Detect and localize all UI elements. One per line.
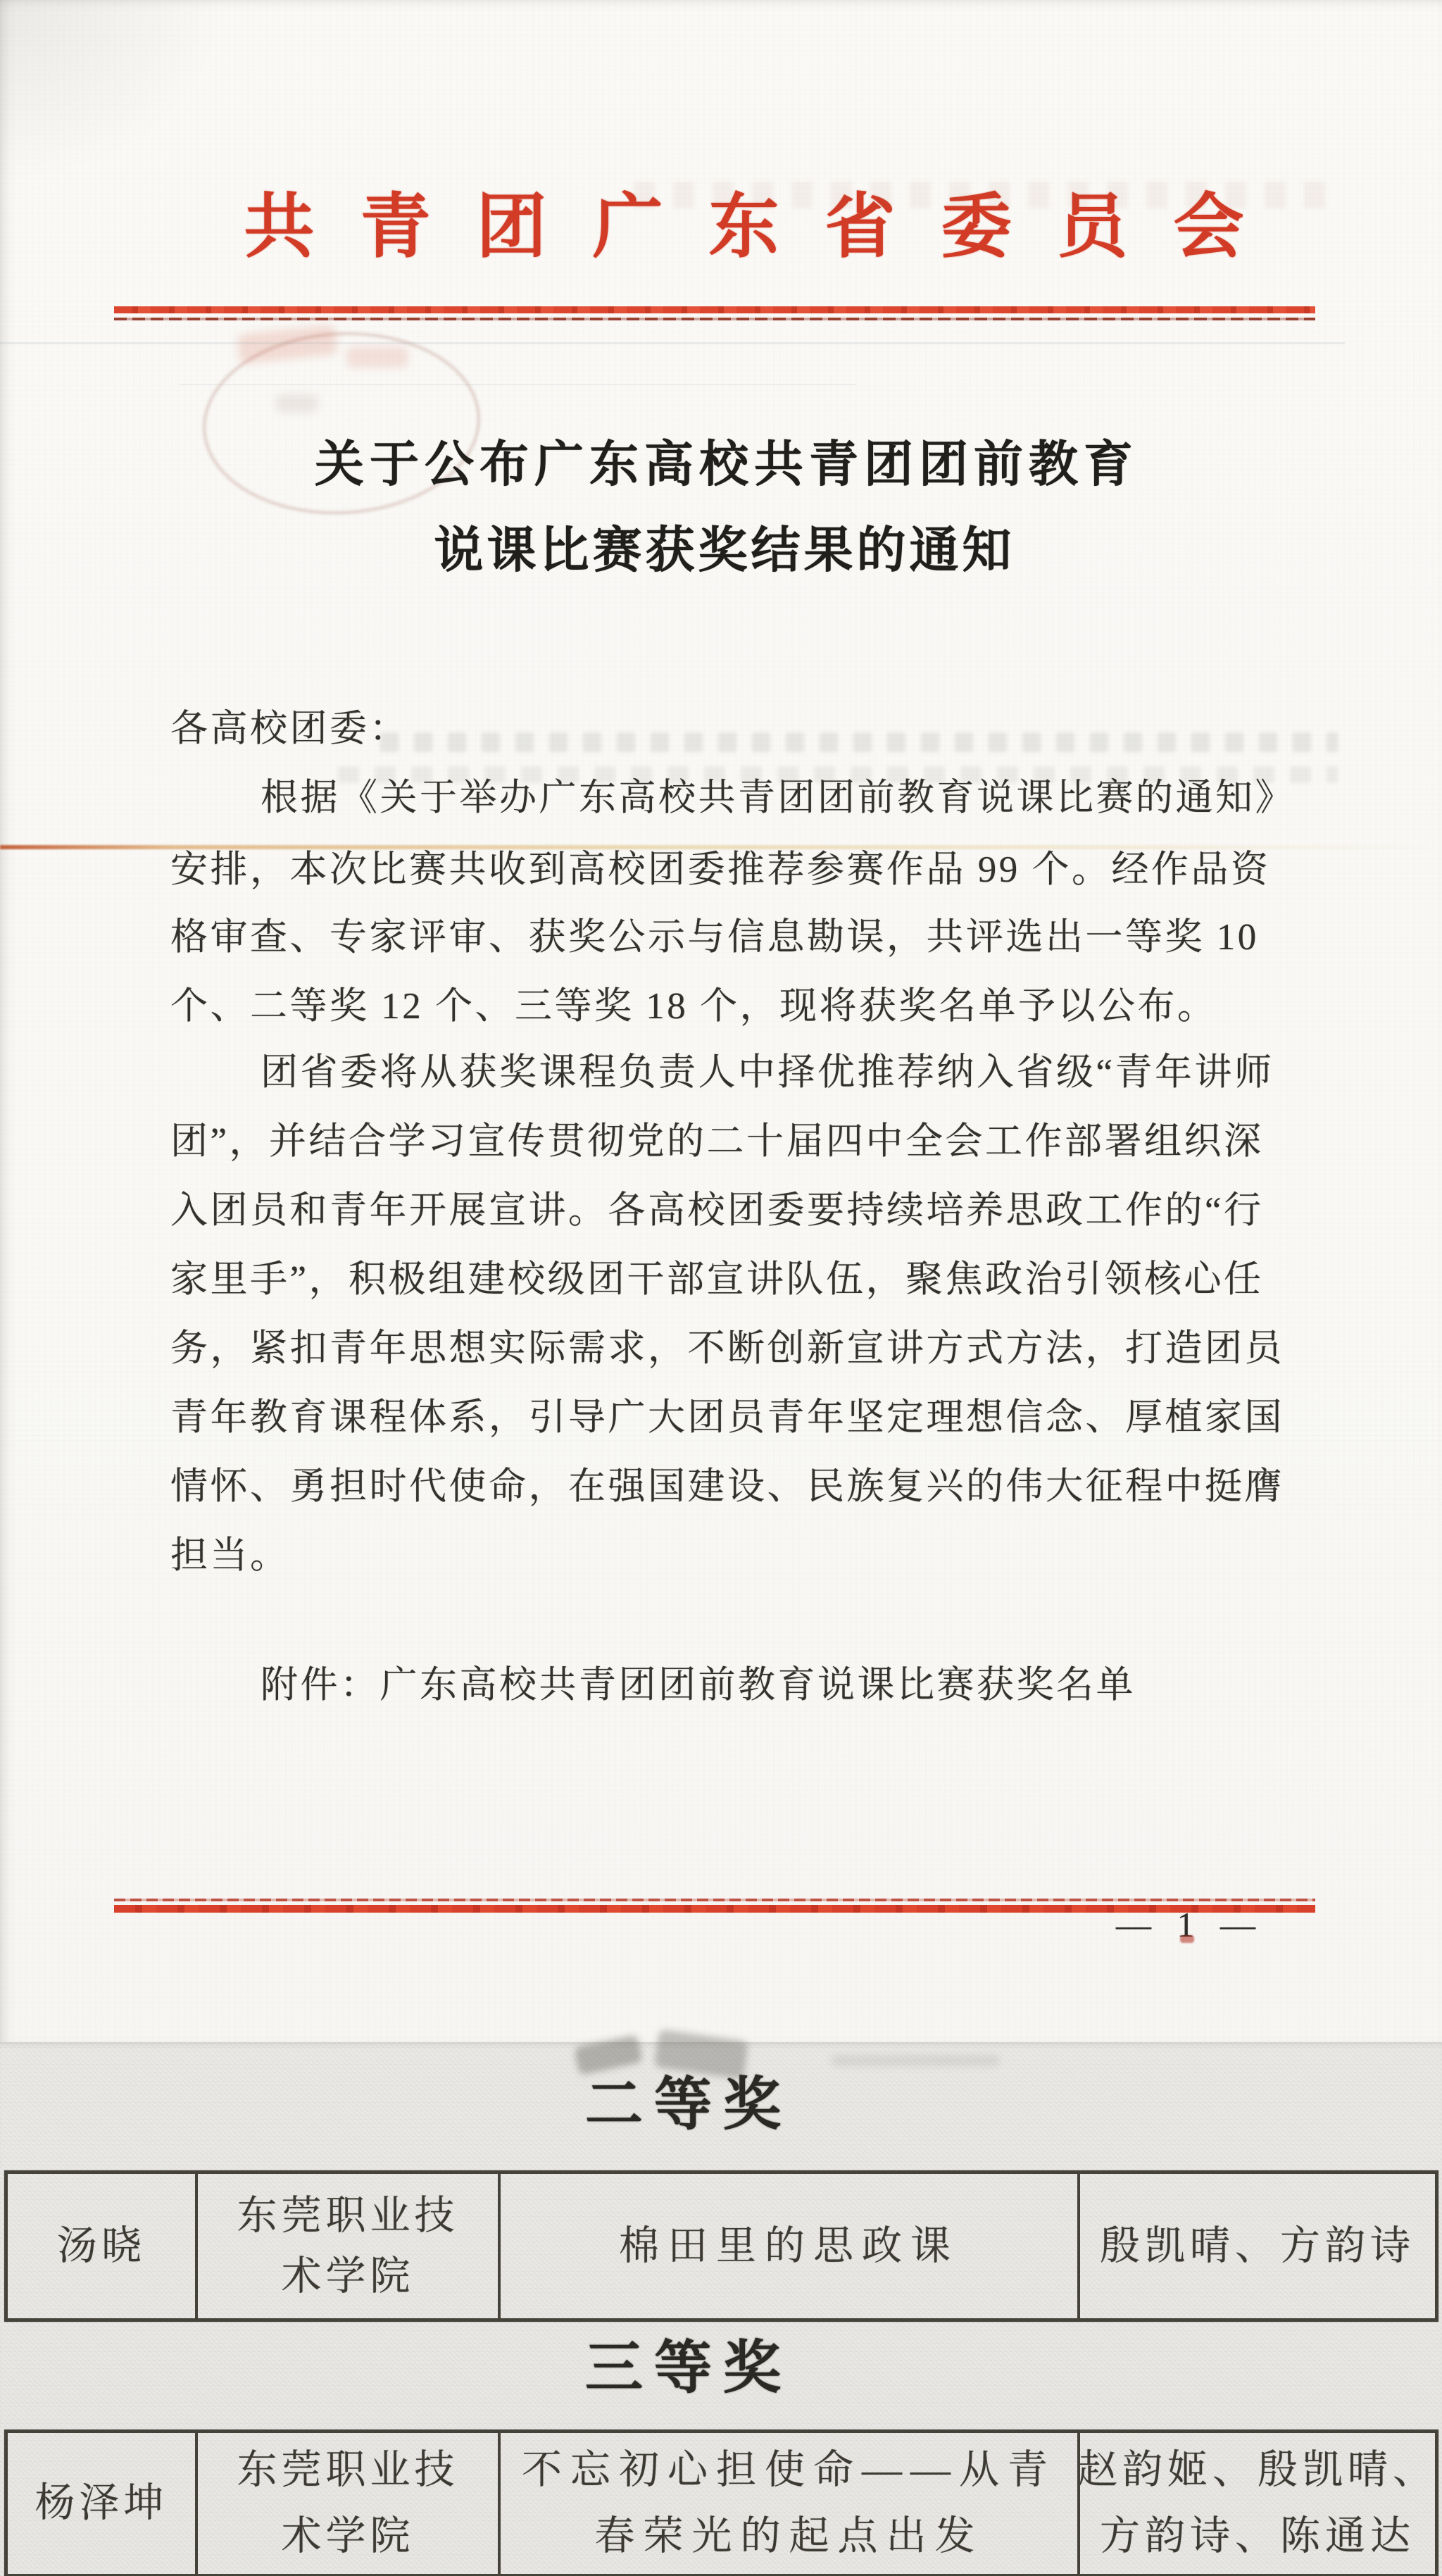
document-title-line1: 关于公布广东高校共青团团前教育 xyxy=(0,439,1442,492)
team-members-line: 赵韵姬、殷凯晴、 xyxy=(1077,2437,1435,2503)
course-title-cell: 棉田里的思政课 xyxy=(498,2174,1077,2318)
winner-name: 汤晓 xyxy=(57,2216,146,2277)
winner-name-cell: 杨泽坤 xyxy=(8,2433,195,2574)
bleedthrough-artifact xyxy=(634,182,1338,208)
bleedthrough-smudge xyxy=(831,2055,1000,2066)
scan-streak xyxy=(180,384,855,385)
document-title-line2: 说课比赛获奖结果的通知 xyxy=(0,525,1442,577)
salutation: 各高校团委： xyxy=(170,708,409,749)
body-line: 务，紧扣青年思想实际需求，不断创新宣讲方式方法，打造团员 xyxy=(170,1328,1284,1369)
school-cell: 东莞职业技 术学院 xyxy=(195,2174,498,2318)
body-line: 安排，本次比赛共收到高校团委推荐参赛作品 99 个。经作品资 xyxy=(170,849,1271,890)
footer-red-rule-thin xyxy=(114,1899,1315,1901)
header-red-rule-thick xyxy=(114,306,1315,313)
course-title-line: 不忘初心担使命——从青 xyxy=(522,2437,1056,2503)
scanned-document: 共青团广东省委员会 关于公布广东高校共青团团前教育 说课比赛获奖结果的通知 各高… xyxy=(0,0,1442,2576)
team-members-cell: 殷凯晴、方韵诗 xyxy=(1077,2174,1435,2318)
team-members-cell: 赵韵姬、殷凯晴、 方韵诗、陈通达 xyxy=(1077,2433,1435,2574)
second-prize-heading: 二等奖 xyxy=(0,2075,1410,2135)
body-line: 情怀、勇担时代使命，在强国建设、民族复兴的伟大征程中挺膺 xyxy=(170,1466,1284,1507)
third-prize-heading: 三等奖 xyxy=(0,2338,1410,2399)
body-line: 青年教育课程体系，引导广大团员青年坚定理想信念、厚植家国 xyxy=(170,1397,1284,1438)
body-line: 担当。 xyxy=(170,1535,290,1576)
course-title-cell: 不忘初心担使命——从青 春荣光的起点出发 xyxy=(498,2433,1077,2574)
red-ink-speck xyxy=(1180,1935,1194,1943)
winner-name-cell: 汤晓 xyxy=(8,2174,195,2318)
body-line: 根据《关于举办广东高校共青团团前教育说课比赛的通知》 xyxy=(261,777,1295,818)
body-line: 入团员和青年开展宣讲。各高校团委要持续培养思政工作的“行 xyxy=(170,1190,1264,1231)
course-title-line: 棉田里的思政课 xyxy=(619,2216,959,2277)
course-title-line: 春荣光的起点出发 xyxy=(595,2503,984,2570)
school-name-line: 术学院 xyxy=(282,2503,415,2570)
school-name-line: 东莞职业技 xyxy=(237,2437,459,2503)
seal-ink-smudge xyxy=(346,346,408,368)
scan-corner-shadow xyxy=(0,0,225,183)
school-name-line: 术学院 xyxy=(282,2246,415,2307)
orange-scan-artifact-line xyxy=(0,845,1442,849)
team-members-line: 方韵诗、陈通达 xyxy=(1100,2503,1415,2570)
body-line: 团”，并结合学习宣传贯彻党的二十届四中全会工作部署组织深 xyxy=(170,1121,1264,1162)
attachment-note: 附件：广东高校共青团团前教育说课比赛获奖名单 xyxy=(261,1665,1136,1706)
body-line: 团省委将从获奖课程负责人中择优推荐纳入省级“青年讲师 xyxy=(261,1052,1274,1093)
scan-streak xyxy=(0,342,1345,344)
seal-ink-smudge xyxy=(276,394,318,413)
school-name-line: 东莞职业技 xyxy=(237,2186,459,2246)
body-line: 格审查、专家评审、获奖公示与信息勘误，共评选出一等奖 10 xyxy=(170,917,1259,958)
header-red-rule-thin xyxy=(114,318,1315,320)
body-line: 家里手”，积极组建校级团干部宣讲队伍，聚焦政治引领核心任 xyxy=(170,1259,1264,1300)
third-prize-table-row: 杨泽坤 东莞职业技 术学院 不忘初心担使命——从青 春荣光的起点出发 赵韵姬、殷… xyxy=(4,2430,1438,2576)
bleedthrough-artifact xyxy=(380,732,1338,752)
second-prize-table-row: 汤晓 东莞职业技 术学院 棉田里的思政课 殷凯晴、方韵诗 xyxy=(4,2170,1438,2322)
team-members-line: 殷凯晴、方韵诗 xyxy=(1100,2216,1415,2277)
winner-name: 杨泽坤 xyxy=(35,2470,168,2537)
body-line: 个、二等奖 12 个、三等奖 18 个，现将获奖名单予以公布。 xyxy=(170,986,1217,1027)
school-cell: 东莞职业技 术学院 xyxy=(195,2433,498,2574)
